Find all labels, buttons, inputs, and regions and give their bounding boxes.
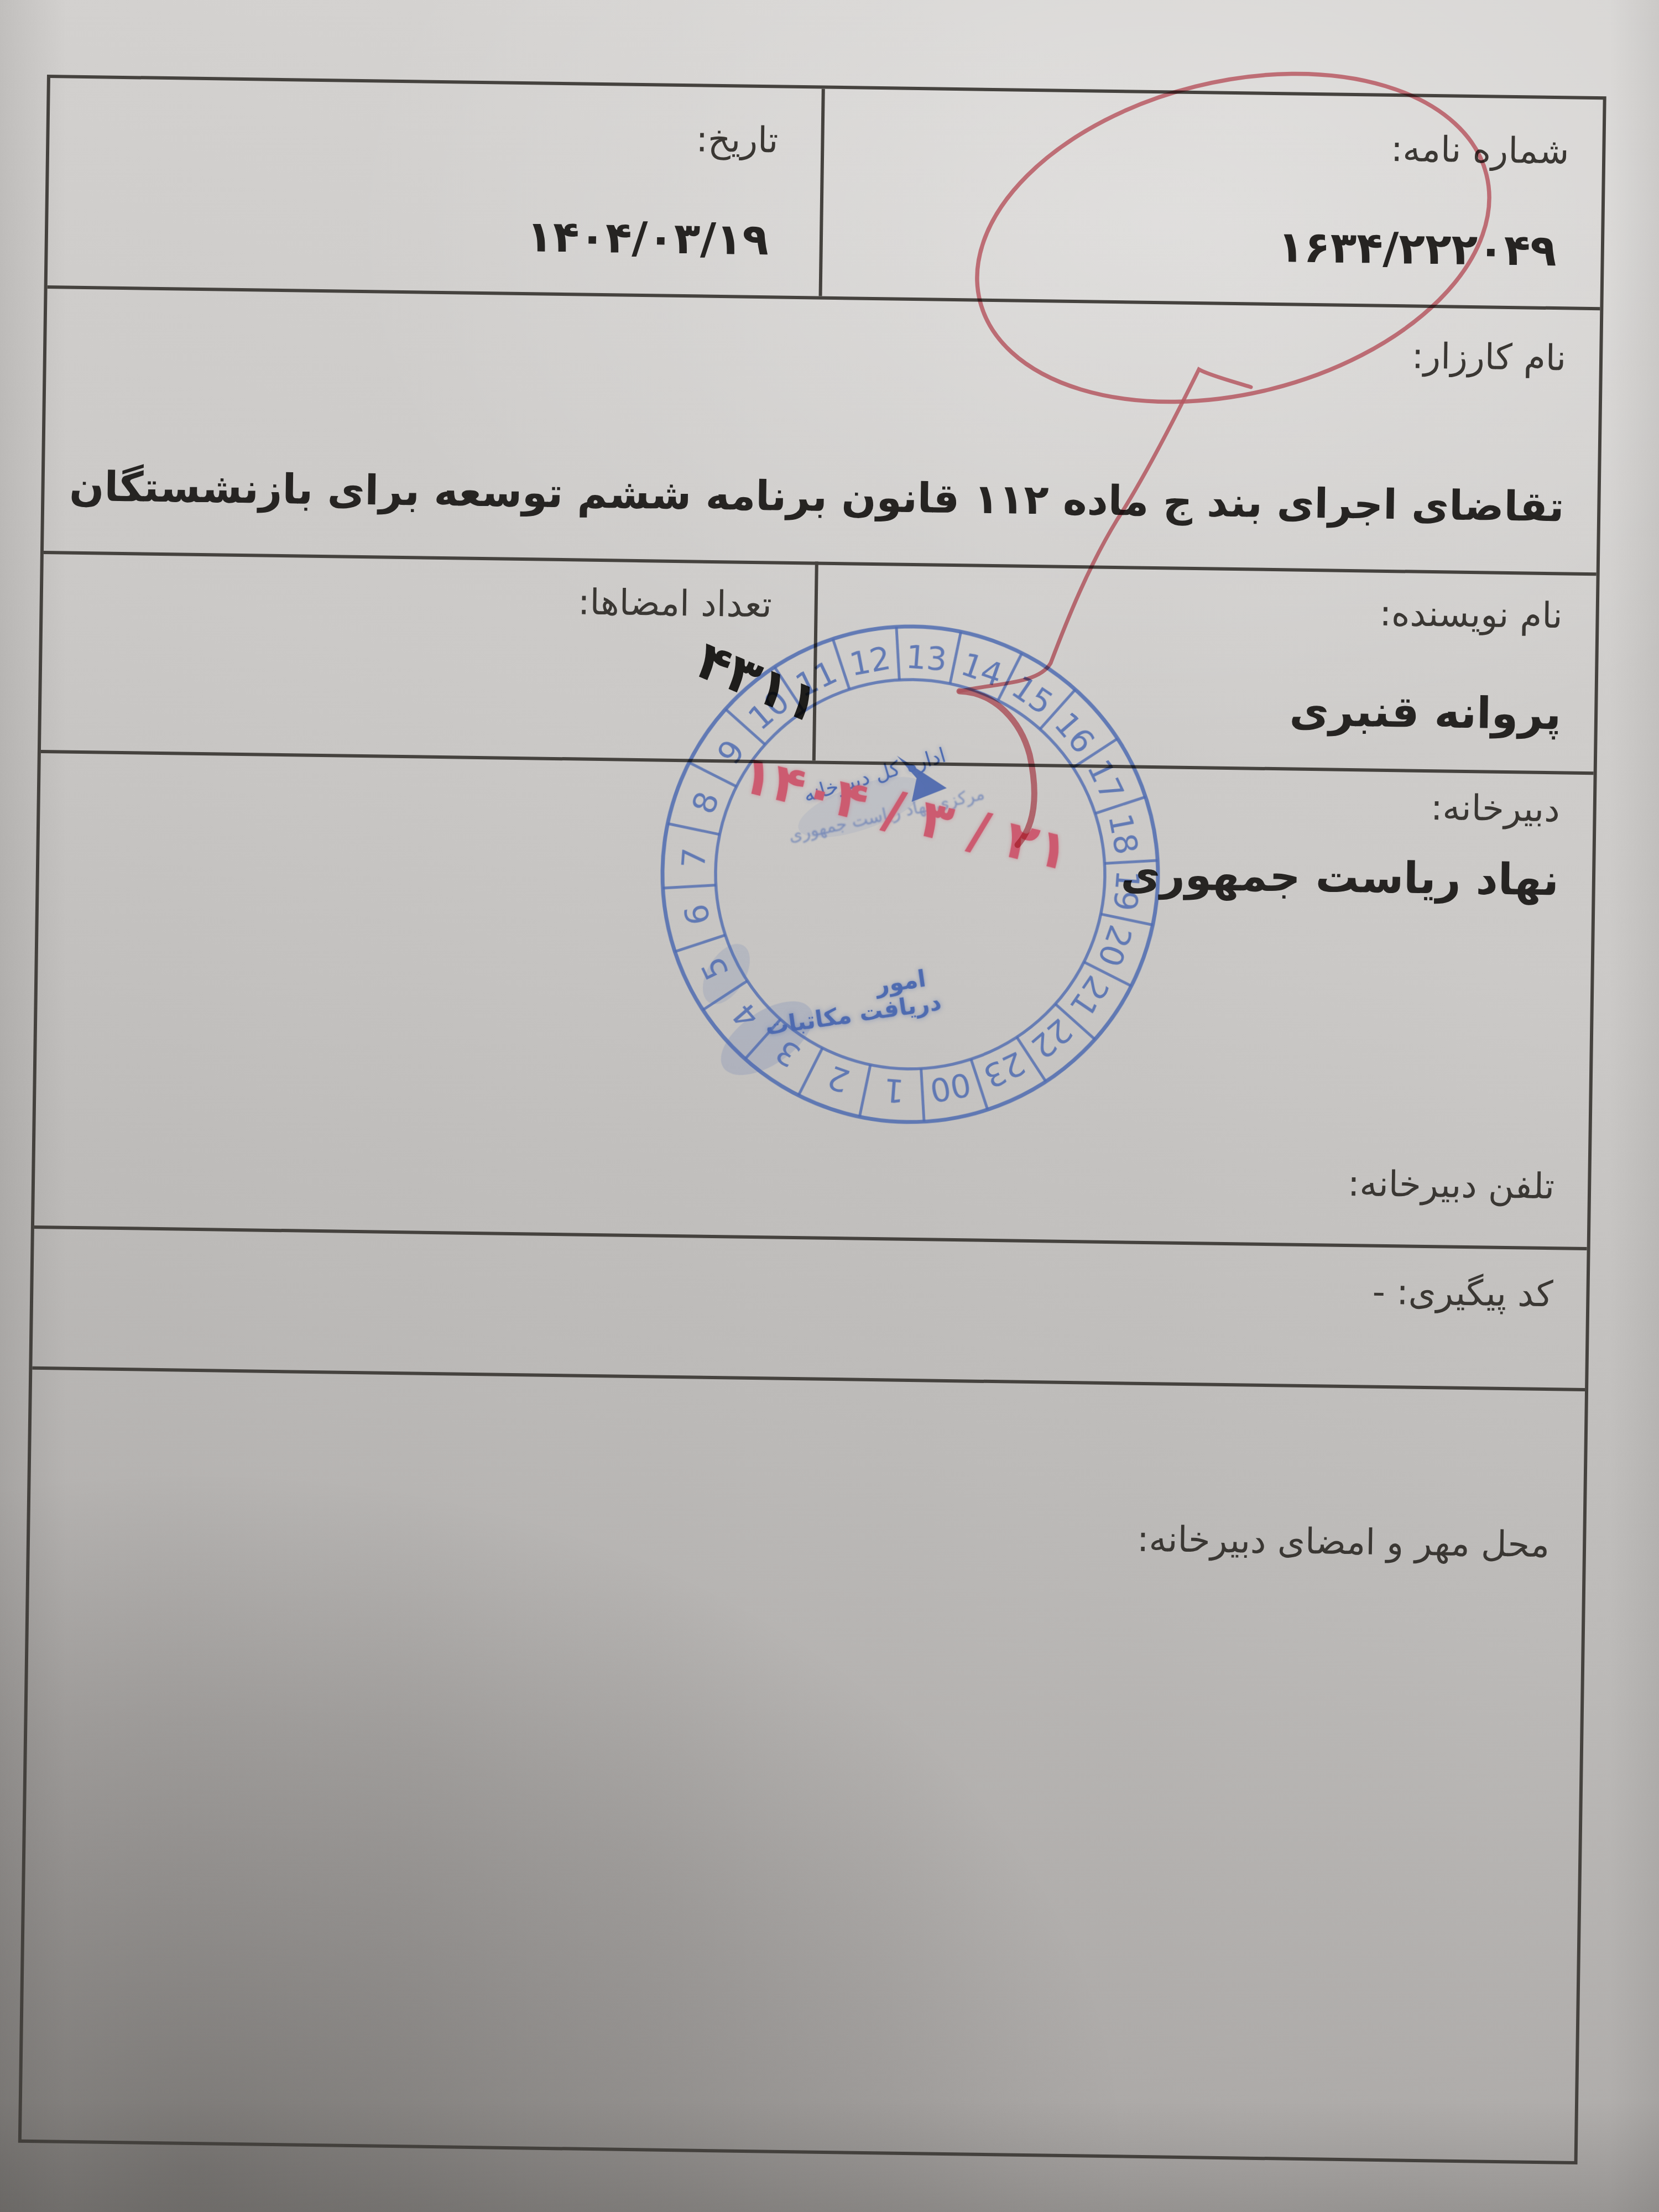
- photographed-document: شماره نامه: ۱۶۳۴/۲۲۲۰۴۹ تاریخ: ۱۴۰۴/۰۳/۱…: [0, 0, 1659, 2212]
- red-oval-around-letter-number: [942, 23, 1524, 452]
- red-pen-annotation: [0, 0, 1659, 2212]
- red-tail-stroke: [959, 369, 1251, 691]
- red-hook-stroke: [959, 691, 1035, 845]
